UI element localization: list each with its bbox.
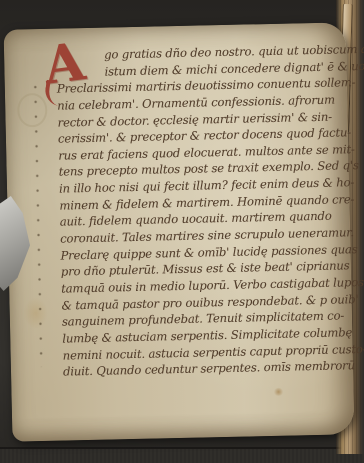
illuminated-initial: A	[41, 36, 88, 93]
manuscript-photo: A go gratias dño deo nostro. quia ut uob…	[0, 0, 364, 463]
text-block: go gratias dño deo nostro. quia ut uobis…	[56, 41, 349, 380]
manuscript-page: A go gratias dño deo nostro. quia ut uob…	[4, 22, 355, 441]
stain	[23, 297, 48, 330]
backdrop-lower	[0, 449, 364, 463]
stain	[273, 388, 283, 396]
